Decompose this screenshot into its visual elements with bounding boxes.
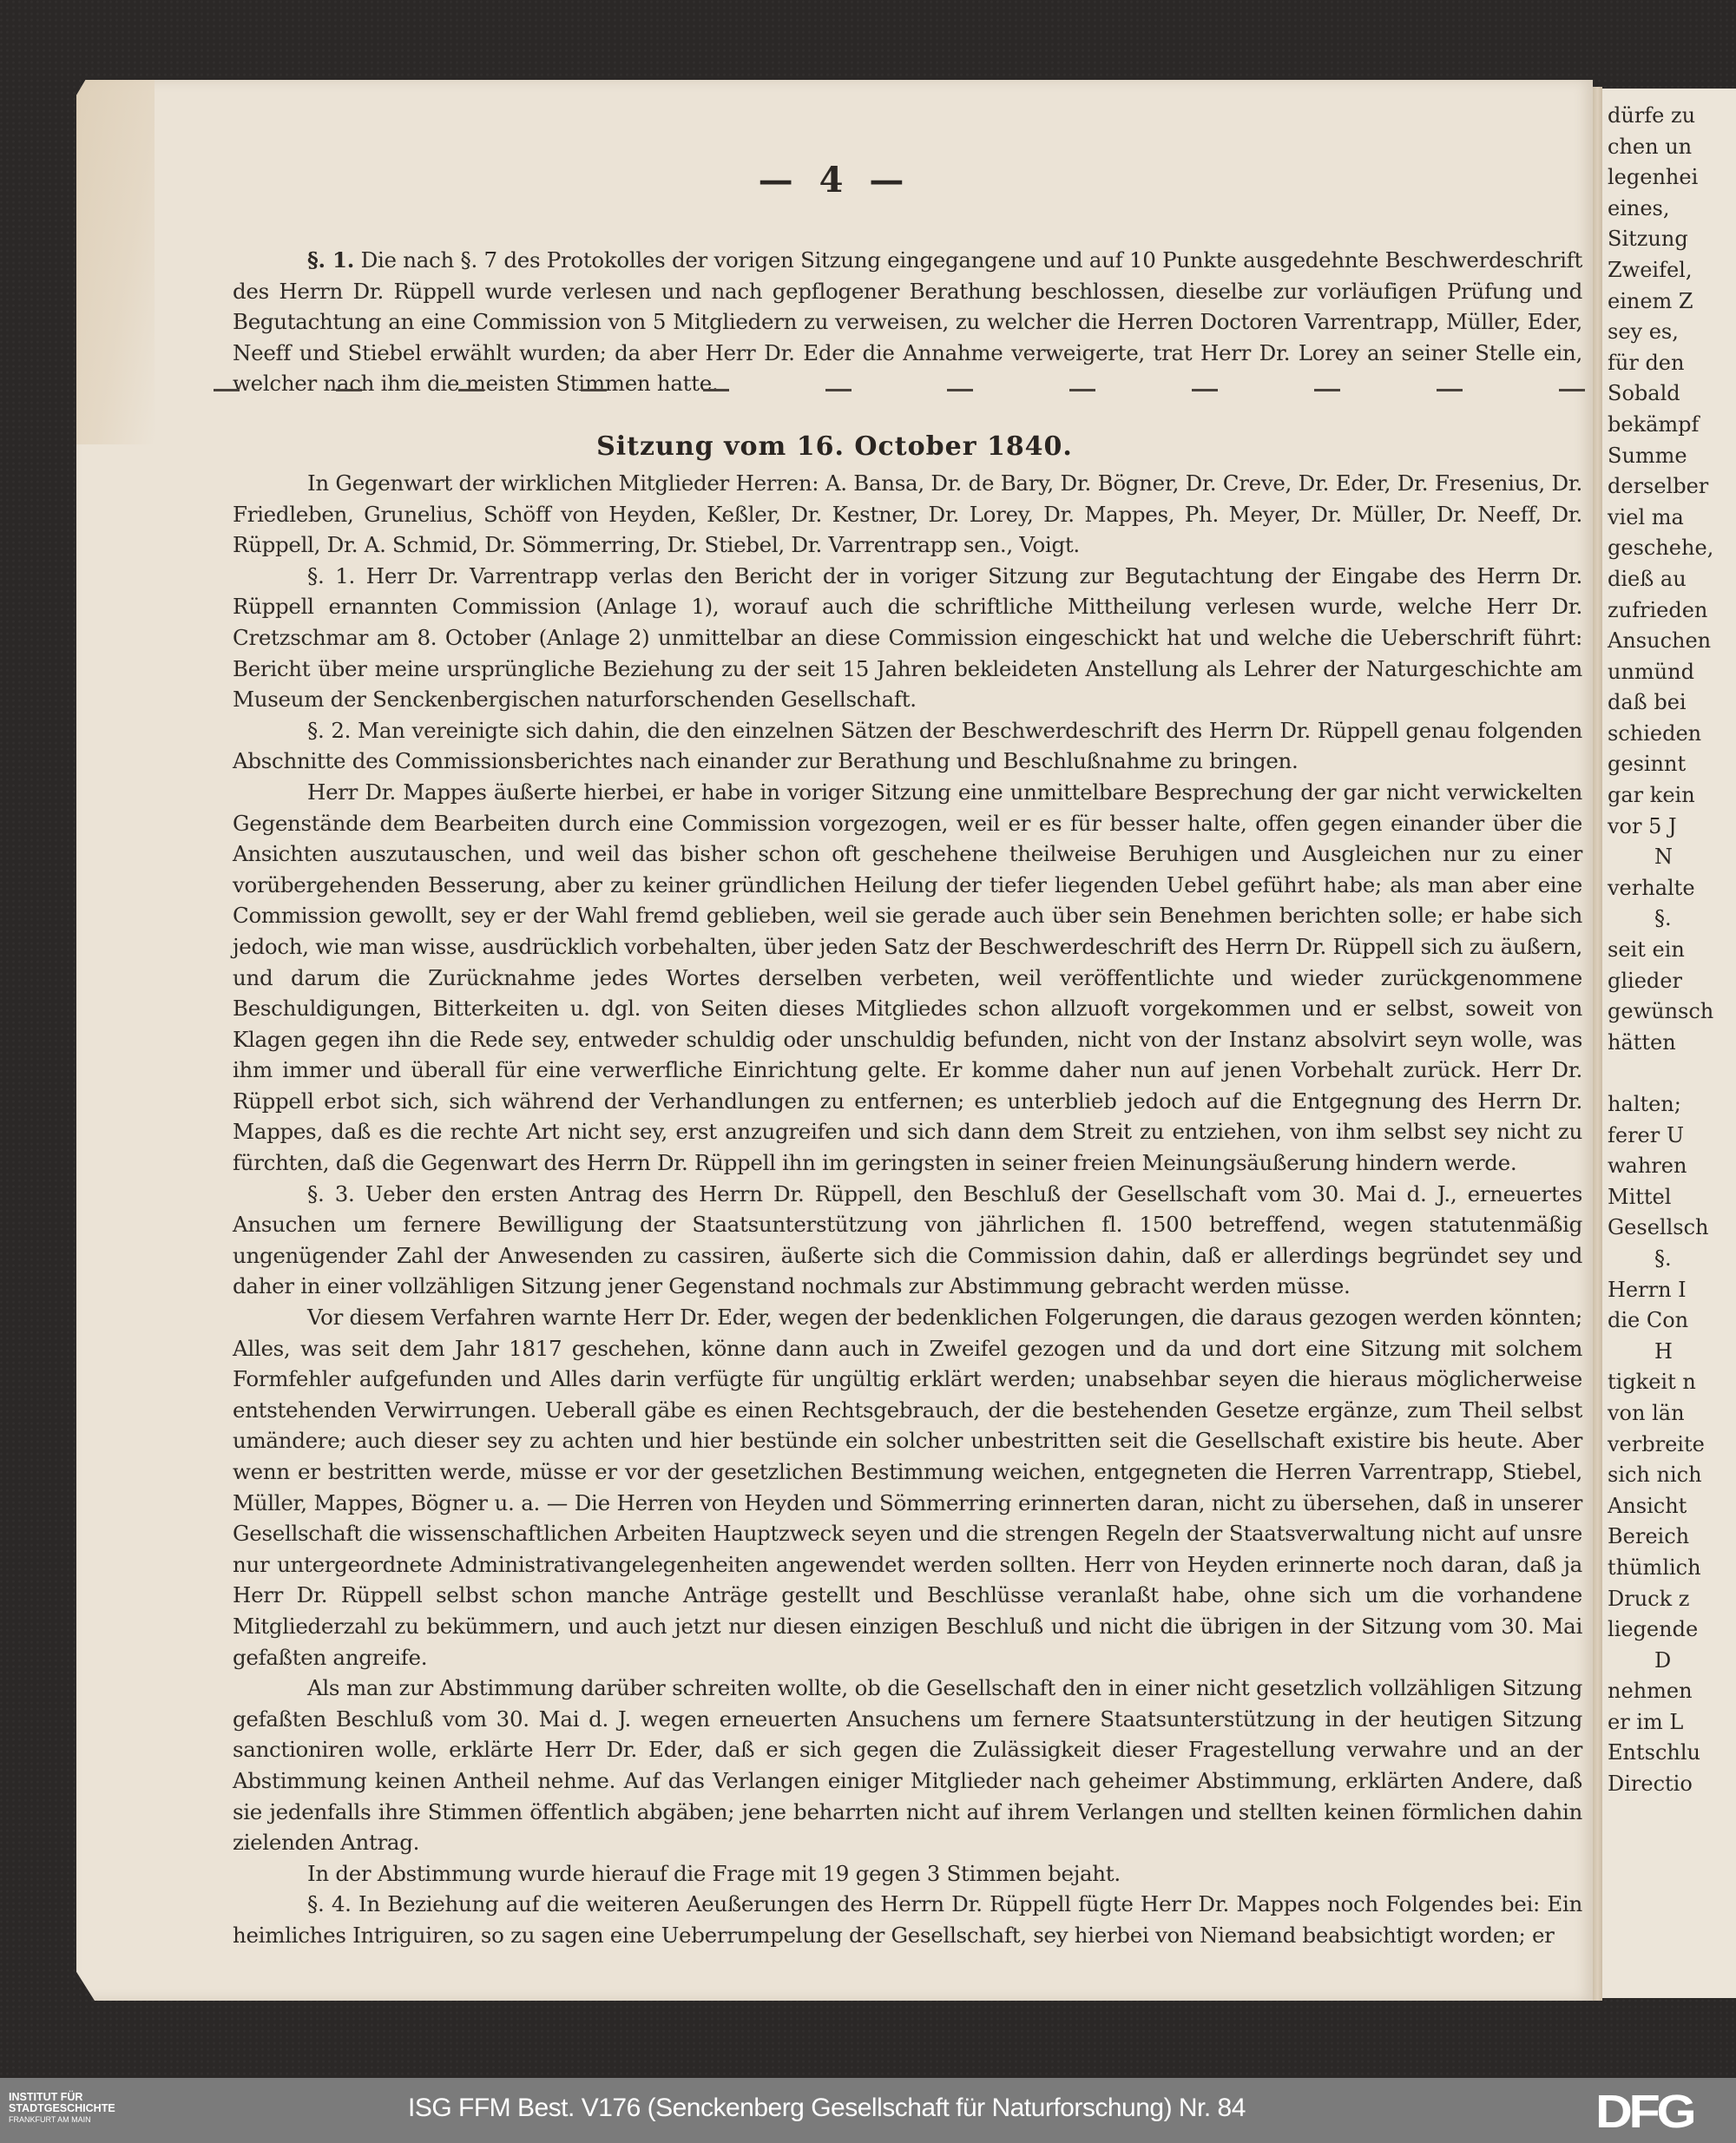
page-number: — 4 — bbox=[76, 160, 1593, 200]
institution-line-2: STADTGESCHICHTE bbox=[9, 2103, 115, 2114]
right-page-line: die Con bbox=[1608, 1305, 1736, 1337]
right-page-line: Ansuchen bbox=[1608, 626, 1736, 657]
right-page-line: derselber bbox=[1608, 471, 1736, 503]
right-page-line: halten; bbox=[1608, 1089, 1736, 1121]
right-page-line: N bbox=[1608, 842, 1736, 873]
right-page-line: dieß au bbox=[1608, 564, 1736, 595]
right-page-line: er im L bbox=[1608, 1707, 1736, 1739]
right-page-line: Druck z bbox=[1608, 1584, 1736, 1615]
right-page-line: verbreite bbox=[1608, 1430, 1736, 1461]
right-page-line: Sitzung bbox=[1608, 224, 1736, 255]
paragraph-eder-warning: Vor diesem Verfahren warnte Herr Dr. Ede… bbox=[233, 1302, 1582, 1673]
right-page-line: geschehe, bbox=[1608, 533, 1736, 564]
right-page-line: gesinnt bbox=[1608, 749, 1736, 780]
paper-stain bbox=[76, 80, 155, 444]
institution-logo: INSTITUT FÜR STADTGESCHICHTE FRANKFURT A… bbox=[9, 2092, 115, 2126]
right-page-line: Directio bbox=[1608, 1769, 1736, 1800]
right-page-line: Bereich bbox=[1608, 1522, 1736, 1553]
right-page-line: eines, bbox=[1608, 194, 1736, 225]
right-page-line: verhalte bbox=[1608, 873, 1736, 904]
right-page-line: nehmen bbox=[1608, 1676, 1736, 1707]
right-page-line: §. bbox=[1608, 1244, 1736, 1275]
right-page-line: tigkeit n bbox=[1608, 1367, 1736, 1398]
dfg-logo: DFG bbox=[1595, 2088, 1693, 2135]
right-page-line: Gesellsch bbox=[1608, 1213, 1736, 1244]
right-page-line: hätten bbox=[1608, 1028, 1736, 1059]
separator-dashes bbox=[214, 389, 1585, 391]
right-page-line: daß bei bbox=[1608, 687, 1736, 719]
right-page-line: seit ein bbox=[1608, 935, 1736, 966]
right-page-line: Zweifel, bbox=[1608, 255, 1736, 286]
attendees-paragraph: In Gegenwart der wirklichen Mitglieder H… bbox=[233, 468, 1582, 561]
right-page-line: Mittel bbox=[1608, 1182, 1736, 1213]
section-label: §. 1. bbox=[307, 247, 354, 273]
right-page-line: gar kein bbox=[1608, 780, 1736, 812]
right-page-line: für den bbox=[1608, 348, 1736, 379]
right-page-line: Entschlu bbox=[1608, 1738, 1736, 1769]
right-page-line: chen un bbox=[1608, 132, 1736, 163]
previous-protocol-section: §. 1. Die nach §. 7 des Protokolles der … bbox=[233, 245, 1582, 399]
paragraph-vote-procedure: Als man zur Abstimmung darüber schreiten… bbox=[233, 1673, 1582, 1858]
right-page-line: §. bbox=[1608, 904, 1736, 935]
right-page-line: dürfe zu bbox=[1608, 101, 1736, 132]
page-gutter bbox=[1593, 87, 1602, 2001]
right-page-line: legenhei bbox=[1608, 162, 1736, 194]
right-page-line: D bbox=[1608, 1646, 1736, 1677]
right-page-line: Ansicht bbox=[1608, 1491, 1736, 1522]
right-page-line: liegende bbox=[1608, 1614, 1736, 1646]
right-page-line: unmünd bbox=[1608, 657, 1736, 688]
right-page-line: Sobald bbox=[1608, 378, 1736, 410]
paragraph-mappes: Herr Dr. Mappes äußerte hierbei, er habe… bbox=[233, 777, 1582, 1179]
footer-bar: INSTITUT FÜR STADTGESCHICHTE FRANKFURT A… bbox=[0, 2078, 1736, 2143]
document-page-left: — 4 — §. 1. Die nach §. 7 des Protokolle… bbox=[76, 80, 1593, 2001]
right-page-line: glieder bbox=[1608, 966, 1736, 997]
institution-line-3: FRANKFURT AM MAIN bbox=[9, 2114, 115, 2126]
right-page-line: H bbox=[1608, 1337, 1736, 1368]
paragraph-section-2: §. 2. Man vereinigte sich dahin, die den… bbox=[233, 715, 1582, 777]
right-page-line: bekämpf bbox=[1608, 410, 1736, 441]
right-page-line: einem Z bbox=[1608, 286, 1736, 318]
right-page-line: thümlich bbox=[1608, 1553, 1736, 1584]
right-page-line: gewünsch bbox=[1608, 996, 1736, 1028]
right-page-line: sich nich bbox=[1608, 1460, 1736, 1491]
right-page-text: dürfe zuchen unlegenheieines, SitzungZwe… bbox=[1608, 101, 1736, 1800]
right-page-line: ferer U bbox=[1608, 1121, 1736, 1152]
document-page-right-fragment: dürfe zuchen unlegenheieines, SitzungZwe… bbox=[1602, 89, 1736, 1998]
paragraph-section-4: §. 4. In Beziehung auf die weiteren Aeuß… bbox=[233, 1889, 1582, 1950]
section-text: Die nach §. 7 des Protokolles der vorige… bbox=[233, 247, 1582, 396]
right-page-line: von län bbox=[1608, 1398, 1736, 1430]
right-page-line bbox=[1608, 1058, 1736, 1089]
right-page-line: Summe bbox=[1608, 441, 1736, 472]
right-page-line: schieden bbox=[1608, 719, 1736, 750]
paragraph-section-3: §. 3. Ueber den ersten Antrag des Herrn … bbox=[233, 1179, 1582, 1302]
right-page-line: zufrieden bbox=[1608, 595, 1736, 627]
session-heading: Sitzung vom 16. October 1840. bbox=[76, 431, 1593, 462]
right-page-line: sey es, bbox=[1608, 317, 1736, 348]
archive-citation: ISG FFM Best. V176 (Senckenberg Gesellsc… bbox=[408, 2094, 1246, 2123]
right-page-line: viel ma bbox=[1608, 503, 1736, 534]
session-body: In Gegenwart der wirklichen Mitglieder H… bbox=[233, 468, 1582, 1951]
paragraph-vote-result: In der Abstimmung wurde hierauf die Frag… bbox=[233, 1858, 1582, 1890]
paragraph-section-1: §. 1. Herr Dr. Varrentrapp verlas den Be… bbox=[233, 561, 1582, 715]
right-page-line: wahren bbox=[1608, 1151, 1736, 1182]
right-page-line: vor 5 J bbox=[1608, 812, 1736, 843]
right-page-line: Herrn I bbox=[1608, 1275, 1736, 1306]
